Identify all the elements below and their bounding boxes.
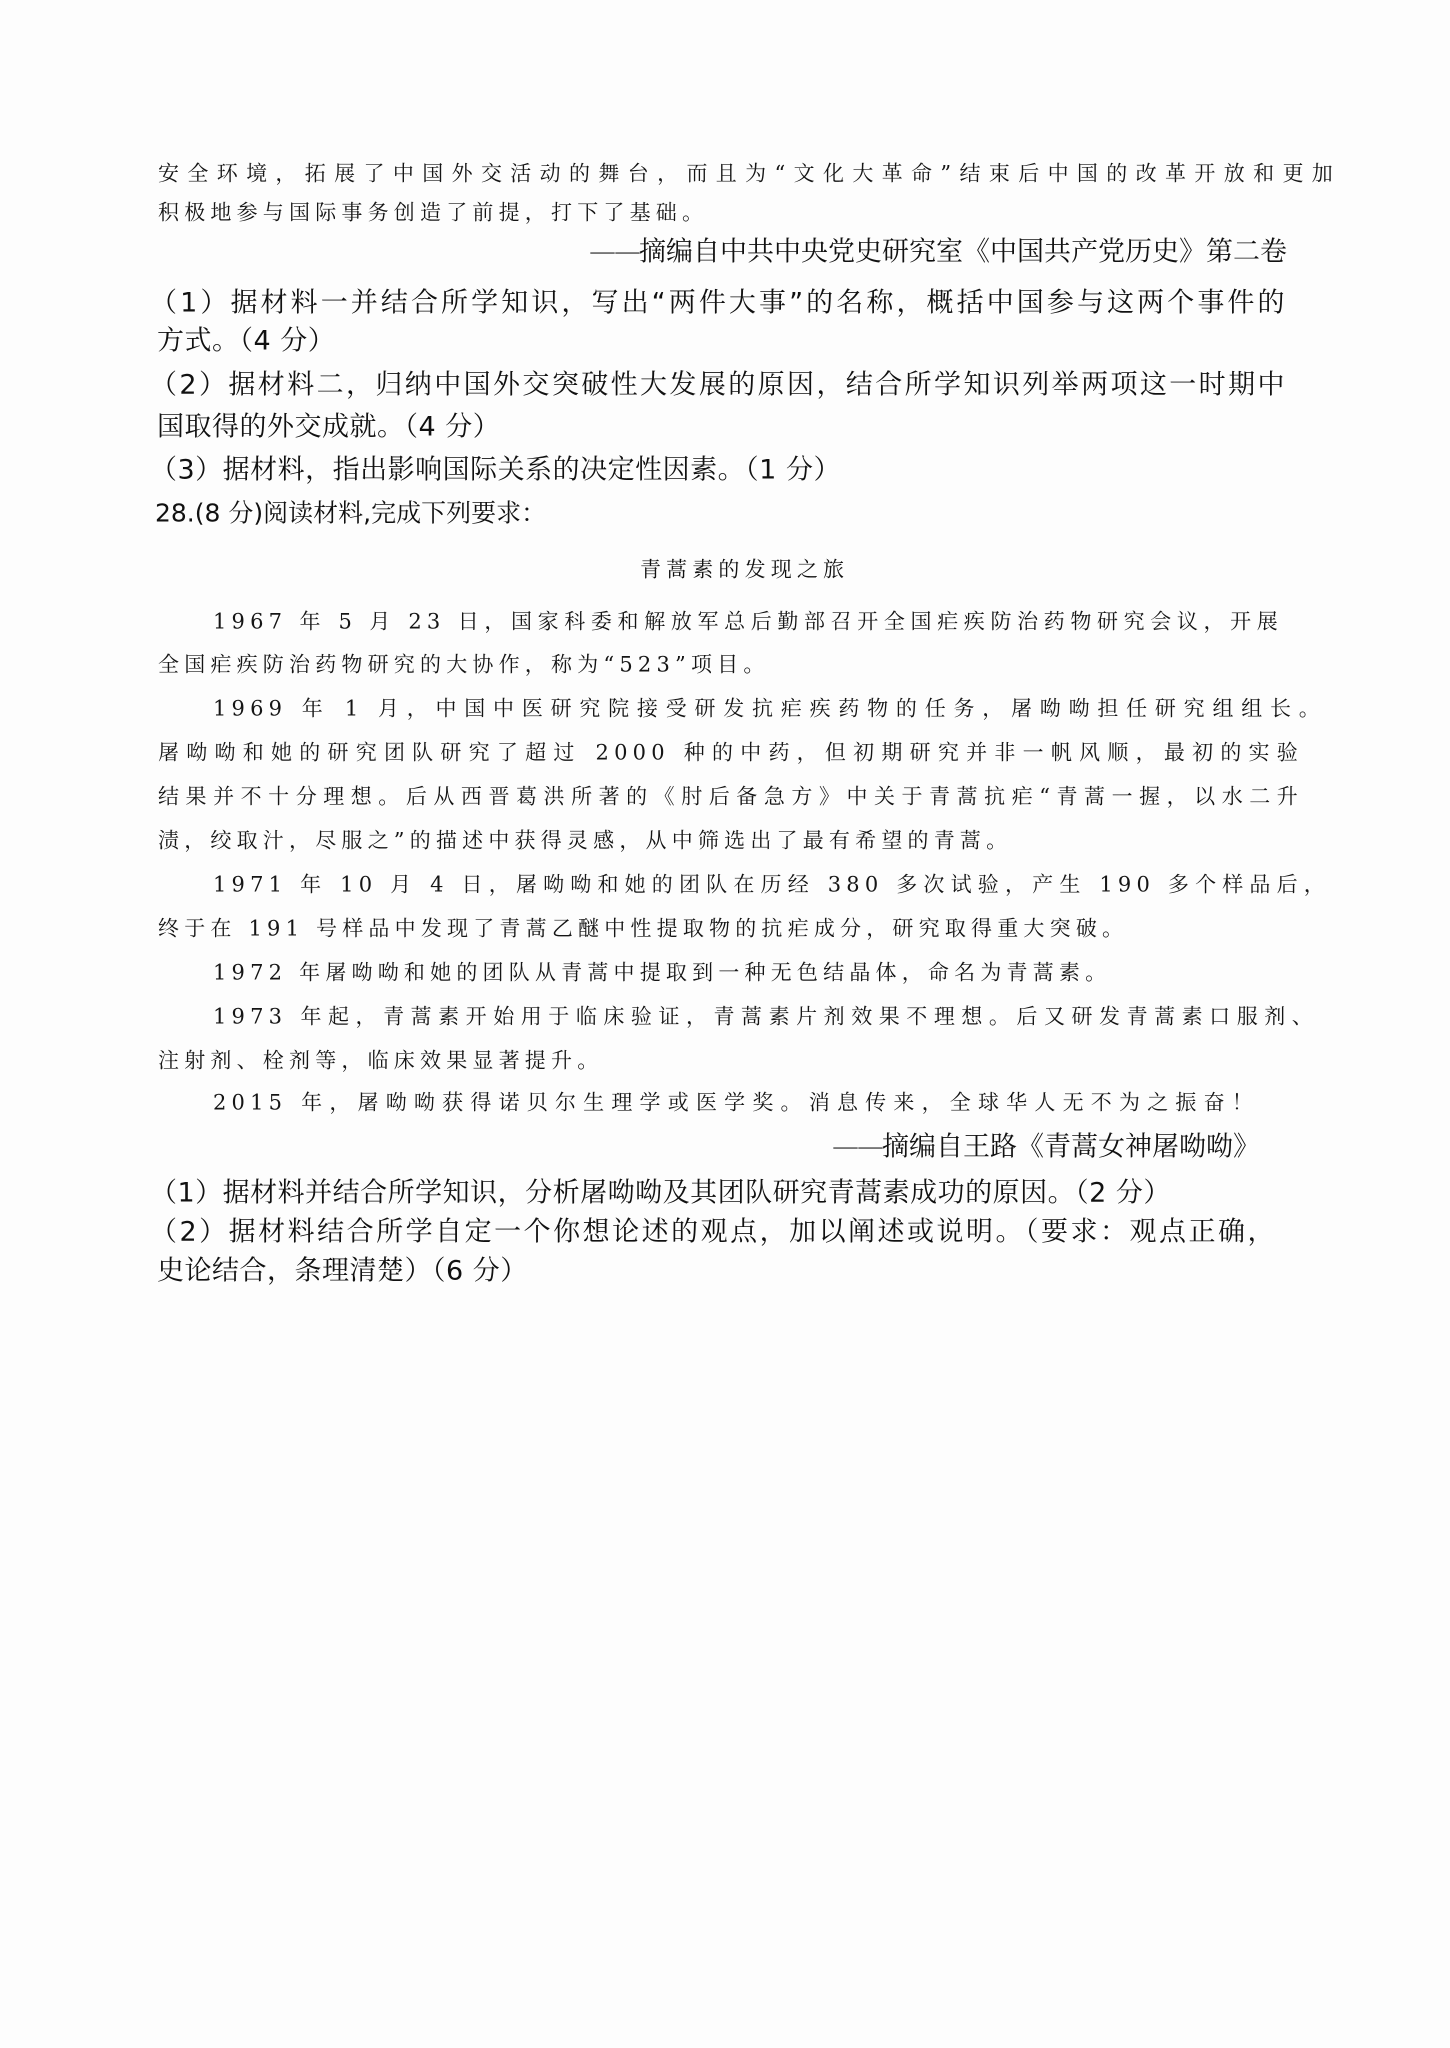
material-line: 屠呦呦和她的研究团队研究了超过 2000 种的中药，但初期研究并非一帆风顺，最初…: [158, 743, 1303, 764]
material-line: 1971 年 10 月 4 日，屠呦呦和她的团队在历经 380 多次试验，产生 …: [213, 875, 1330, 896]
q27-sub2-line1: （2）据材料二，归纳中国外交突破性大发展的原因，结合所学知识列举两项这一时期中: [150, 372, 1285, 399]
question-text: （3）据材料，指出影响国际关系的决定性因素。（1 分）: [150, 455, 841, 486]
material-text: 1967 年 5 月 23 日，国家科委和解放军总后勤部召开全国疟疾防治药物研究…: [213, 612, 1283, 633]
material-line: 全国疟疾防治药物研究的大协作，称为“523”项目。: [158, 655, 770, 676]
material-text: 全国疟疾防治药物研究的大协作，称为“523”项目。: [158, 653, 770, 677]
q28-sub2-line2: 史论结合，条理清楚）（6 分）: [157, 1258, 528, 1285]
material-line: 渍，绞取汁，尽服之”的描述中获得灵感，从中筛选出了最有希望的青蒿。: [158, 831, 1012, 852]
q28-sub1: （1）据材料并结合所学知识，分析屠呦呦及其团队研究青蒿素成功的原因。（2 分）: [150, 1180, 1171, 1207]
material-text: 屠呦呦和她的研究团队研究了超过 2000 种的中药，但初期研究并非一帆风顺，最初…: [158, 743, 1303, 764]
material-text: 1971 年 10 月 4 日，屠呦呦和她的团队在历经 380 多次试验，产生 …: [213, 875, 1330, 896]
material-line: 1972 年屠呦呦和她的团队从青蒿中提取到一种无色结晶体，命名为青蒿素。: [213, 963, 1111, 984]
q28-sub2-line1: （2）据材料结合所学自定一个你想论述的观点，加以阐述或说明。（要求：观点正确，: [150, 1219, 1275, 1246]
material-text: 注射剂、栓剂等，临床效果显著提升。: [158, 1049, 603, 1073]
material-title: 青蒿素的发现之旅: [640, 560, 848, 581]
material-text: 渍，绞取汁，尽服之”的描述中获得灵感，从中筛选出了最有希望的青蒿。: [158, 829, 1012, 853]
em-dash: ——: [589, 237, 639, 268]
question-text: 国取得的外交成就。（4 分）: [157, 412, 500, 443]
q28-header: 28.(8 分)阅读材料,完成下列要求：: [155, 501, 546, 526]
material-line: 2015 年，屠呦呦获得诺贝尔生理学或医学奖。消息传来，全球华人无不为之振奋！: [213, 1093, 1258, 1114]
question-header: 28.(8 分)阅读材料,完成下列要求：: [155, 499, 546, 528]
question-text: 方式。（4 分）: [157, 326, 335, 357]
material-text: 1969 年 1 月，中国中医研究院接受研发抗疟疾药物的任务，屠呦呦担任研究组组…: [213, 699, 1325, 720]
material-text: 2015 年，屠呦呦获得诺贝尔生理学或医学奖。消息传来，全球华人无不为之振奋！: [213, 1093, 1258, 1114]
material-text: 1972 年屠呦呦和她的团队从青蒿中提取到一种无色结晶体，命名为青蒿素。: [213, 961, 1111, 985]
material-line: 1969 年 1 月，中国中医研究院接受研发抗疟疾药物的任务，屠呦呦担任研究组组…: [213, 699, 1325, 720]
q27-sub1-line2: 方式。（4 分）: [157, 328, 335, 355]
material-title-text: 青蒿素的发现之旅: [640, 560, 848, 581]
question-text: （2）据材料二，归纳中国外交突破性大发展的原因，结合所学知识列举两项这一时期中: [150, 372, 1285, 399]
source-attribution: ——摘编自中共中央党史研究室《中国共产党历史》第二卷: [589, 239, 1287, 266]
material-line: 注射剂、栓剂等，临床效果显著提升。: [158, 1051, 603, 1072]
question-text: （1）据材料一并结合所学知识，写出“两件大事”的名称，概括中国参与这两个事件的: [150, 290, 1285, 317]
q27-sub3: （3）据材料，指出影响国际关系的决定性因素。（1 分）: [150, 457, 841, 484]
material-text: 结果并不十分理想。后从西晋葛洪所著的《肘后备急方》中关于青蒿抗疟“青蒿一握，以水…: [158, 787, 1303, 808]
material-text: 安全环境，拓展了中国外交活动的舞台，而且为“文化大革命”结束后中国的改革开放和更…: [158, 164, 1338, 185]
attribution-text: 摘编自中共中央党史研究室《中国共产党历史》第二卷: [639, 237, 1287, 268]
q27-sub1-line1: （1）据材料一并结合所学知识，写出“两件大事”的名称，概括中国参与这两个事件的: [150, 290, 1285, 317]
material-line: 结果并不十分理想。后从西晋葛洪所著的《肘后备急方》中关于青蒿抗疟“青蒿一握，以水…: [158, 787, 1303, 808]
material-text: 积极地参与国际事务创造了前提，打下了基础。: [158, 201, 708, 225]
material-text: 终于在 191 号样品中发现了青蒿乙醚中性提取物的抗疟成分，研究取得重大突破。: [158, 917, 1128, 941]
source-attribution: ——摘编自王路《青蒿女神屠呦呦》: [832, 1134, 1260, 1161]
material-text: 1973 年起，青蒿素开始用于临床验证，青蒿素片剂效果不理想。后又研发青蒿素口服…: [213, 1007, 1318, 1028]
material-text-line: 安全环境，拓展了中国外交活动的舞台，而且为“文化大革命”结束后中国的改革开放和更…: [158, 164, 1338, 185]
question-text: 史论结合，条理清楚）（6 分）: [157, 1256, 528, 1287]
attribution-text: 摘编自王路《青蒿女神屠呦呦》: [882, 1132, 1260, 1163]
material-text-line: 积极地参与国际事务创造了前提，打下了基础。: [158, 203, 708, 224]
em-dash: ——: [832, 1132, 882, 1163]
q27-sub2-line2: 国取得的外交成就。（4 分）: [157, 414, 500, 441]
material-line: 终于在 191 号样品中发现了青蒿乙醚中性提取物的抗疟成分，研究取得重大突破。: [158, 919, 1128, 940]
material-line: 1967 年 5 月 23 日，国家科委和解放军总后勤部召开全国疟疾防治药物研究…: [213, 612, 1283, 633]
material-line: 1973 年起，青蒿素开始用于临床验证，青蒿素片剂效果不理想。后又研发青蒿素口服…: [213, 1007, 1318, 1028]
question-text: （1）据材料并结合所学知识，分析屠呦呦及其团队研究青蒿素成功的原因。（2 分）: [150, 1178, 1171, 1209]
question-text: （2）据材料结合所学自定一个你想论述的观点，加以阐述或说明。（要求：观点正确，: [150, 1219, 1275, 1246]
exam-page: 安全环境，拓展了中国外交活动的舞台，而且为“文化大革命”结束后中国的改革开放和更…: [0, 0, 1450, 2048]
